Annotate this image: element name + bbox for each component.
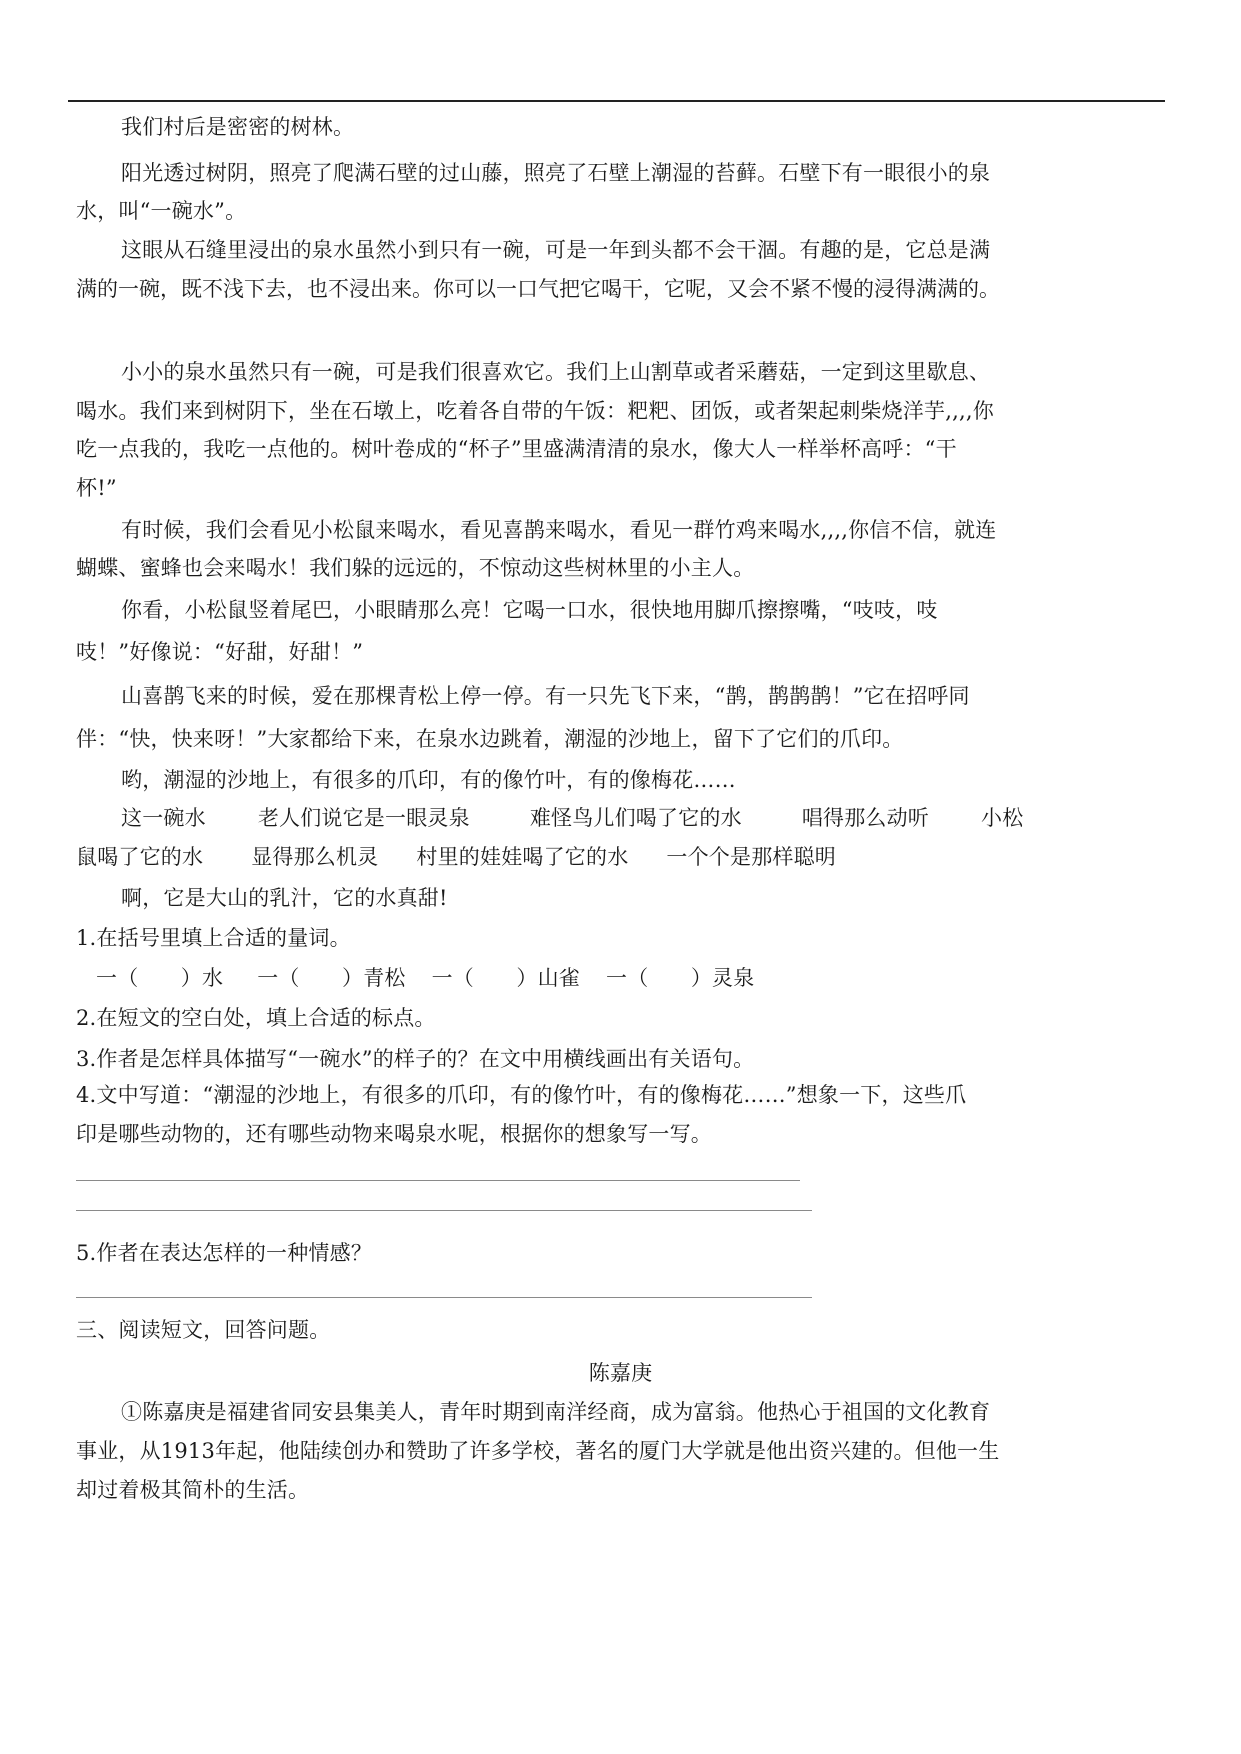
phrase: 一个个是那样聪明 bbox=[666, 845, 836, 869]
article-line: 却过着极其简朴的生活。 bbox=[76, 1476, 1166, 1504]
phrase: 这一碗水 bbox=[121, 806, 206, 830]
phrase: 小松 bbox=[981, 806, 1023, 830]
question-4-line2: 印是哪些动物的，还有哪些动物来喝泉水呢，根据你的想象写一写。 bbox=[76, 1120, 1166, 1148]
blank-punctuation-line: 鼠喝了它的水显得那么机灵村里的娃娃喝了它的水一个个是那样聪明 bbox=[76, 843, 1166, 871]
article-line: 事业，从1913年起，他陆续创办和赞助了许多学校，著名的厦门大学就是他出资兴建的… bbox=[76, 1437, 1166, 1465]
question-1: 1.在括号里填上合适的量词。 bbox=[76, 924, 1166, 952]
question-2: 2.在短文的空白处，填上合适的标点。 bbox=[76, 1004, 1166, 1032]
passage-line: 山喜鹊飞来的时候，爱在那棵青松上停一停。有一只先飞下来，“鹊，鹊鹊鹊！”它在招呼… bbox=[121, 682, 1211, 710]
section-heading: 三、阅读短文，回答问题。 bbox=[76, 1316, 1166, 1344]
passage-line: 喝水。我们来到树阴下，坐在石墩上，吃着各自带的午饭：粑粑、团饭，或者架起刺柴烧洋… bbox=[76, 397, 1166, 425]
passage-line: 满的一碗，既不浅下去，也不浸出来。你可以一口气把它喝干，它呢，又会不紧不慢的浸得… bbox=[76, 275, 1166, 303]
phrase: 唱得那么动听 bbox=[802, 806, 929, 830]
article-title: 陈嘉庚 bbox=[0, 1359, 1241, 1387]
header-rule bbox=[68, 100, 1165, 102]
phrase: 村里的娃娃喝了它的水 bbox=[416, 845, 628, 869]
passage-line: 有时候，我们会看见小松鼠来喝水，看见喜鹊来喝水，看见一群竹鸡来喝水,,,,你信不… bbox=[121, 516, 1211, 544]
question-5: 5.作者在表达怎样的一种情感？ bbox=[76, 1239, 1166, 1267]
phrase: 鼠喝了它的水 bbox=[76, 845, 203, 869]
answer-line-q5[interactable] bbox=[76, 1297, 812, 1298]
question-4-line1: 4.文中写道：“潮湿的沙地上，有很多的爪印，有的像竹叶，有的像梅花……”想象一下… bbox=[76, 1081, 1166, 1109]
passage-line: 哟，潮湿的沙地上，有很多的爪印，有的像竹叶，有的像梅花…… bbox=[121, 766, 1211, 794]
passage-line: 我们村后是密密的树林。 bbox=[121, 113, 1211, 141]
article-line: ①陈嘉庚是福建省同安县集美人，青年时期到南洋经商，成为富翁。他热心于祖国的文化教… bbox=[121, 1398, 1211, 1426]
measure-word-blank[interactable]: 一（ ）山雀 bbox=[432, 966, 580, 990]
phrase: 老人们说它是一眼灵泉 bbox=[258, 806, 470, 830]
measure-word-blank[interactable]: 一（ ）水 bbox=[96, 966, 223, 990]
measure-word-blank[interactable]: 一（ ）灵泉 bbox=[606, 966, 754, 990]
passage-line: 吱！”好像说：“好甜，好甜！” bbox=[76, 638, 1166, 666]
passage-line: 水，叫“一碗水”。 bbox=[76, 197, 1166, 225]
question-3: 3.作者是怎样具体描写“一碗水”的样子的？在文中用横线画出有关语句。 bbox=[76, 1045, 1166, 1073]
passage-closing: 啊，它是大山的乳汁，它的水真甜! bbox=[121, 884, 1211, 912]
passage-line: 阳光透过树阴，照亮了爬满石壁的过山藤，照亮了石壁上潮湿的苔藓。石壁下有一眼很小的… bbox=[121, 159, 1211, 187]
phrase: 难怪鸟儿们喝了它的水 bbox=[530, 806, 742, 830]
measure-word-blank[interactable]: 一（ ）青松 bbox=[257, 966, 405, 990]
passage-line: 吃一点我的，我吃一点他的。树叶卷成的“杯子”里盛满清清的泉水，像大人一样举杯高呼… bbox=[76, 435, 1166, 463]
passage-line: 小小的泉水虽然只有一碗，可是我们很喜欢它。我们上山割草或者采蘑菇，一定到这里歇息… bbox=[121, 358, 1211, 386]
passage-line: 这眼从石缝里浸出的泉水虽然小到只有一碗，可是一年到头都不会干涸。有趣的是，它总是… bbox=[121, 236, 1211, 264]
blank-punctuation-line: 这一碗水老人们说它是一眼灵泉难怪鸟儿们喝了它的水唱得那么动听小松 bbox=[121, 804, 1171, 832]
passage-line: 你看，小松鼠竖着尾巴，小眼睛那么亮！它喝一口水，很快地用脚爪擦擦嘴，“吱吱，吱 bbox=[121, 596, 1211, 624]
passage-line: 杯!” bbox=[76, 474, 1166, 502]
answer-line-q3[interactable] bbox=[76, 1180, 800, 1181]
passage-line: 蝴蝶、蜜蜂也会来喝水！我们躲的远远的，不惊动这些树林里的小主人。 bbox=[76, 554, 1166, 582]
question-1-items: 一（ ）水一（ ）青松一（ ）山雀一（ ）灵泉 bbox=[96, 964, 1186, 992]
answer-line-q4[interactable] bbox=[76, 1210, 812, 1211]
phrase: 显得那么机灵 bbox=[251, 845, 378, 869]
passage-line: 伴：“快，快来呀！”大家都给下来，在泉水边跳着，潮湿的沙地上，留下了它们的爪印。 bbox=[76, 725, 1166, 753]
